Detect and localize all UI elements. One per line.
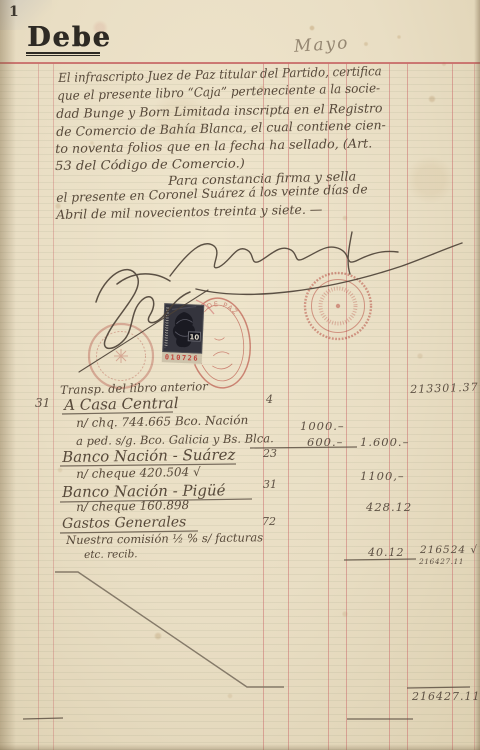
entry-amount-col1: 600.– <box>307 435 343 449</box>
month-annotation: Mayo <box>293 33 350 57</box>
entry-amount-col2: 428.12 <box>366 500 412 514</box>
margin-line-2 <box>53 63 54 750</box>
page-edge-right <box>474 0 480 750</box>
header-rule <box>0 62 480 64</box>
day-number: 31 <box>35 396 50 410</box>
column-line-amt2-b <box>407 63 408 750</box>
revenue-stamp: 10 010726 <box>162 303 205 364</box>
column-line-amt1-b <box>346 63 347 750</box>
revenue-stamp-denomination: 10 <box>188 331 201 342</box>
entry-description: Nuestra comisión ½ % s/ facturas <box>66 530 263 547</box>
condor-icon <box>162 303 204 354</box>
column-line-folio-a <box>263 63 264 750</box>
total-col3-detail: 216427.11 <box>419 557 464 566</box>
entry-description: Gastos Generales <box>62 514 186 532</box>
entry-amount-col1: 1000.– <box>300 419 345 433</box>
entry-folio: 4 <box>266 393 273 406</box>
entry-amount-col2: 1100,– <box>360 469 405 483</box>
column-line-amt2-a <box>389 63 390 750</box>
entry-amount-col2: 1.600.– <box>360 435 409 449</box>
revenue-stamp-serial: 010726 <box>165 354 200 362</box>
page-title-debe: Debe <box>27 22 112 53</box>
entry-description: n/ cheque 420.504 √ <box>76 465 201 481</box>
total-col2: 40.12 <box>368 546 405 559</box>
binding-shadow <box>0 0 16 750</box>
certification-line: 53 del Código de Comercio.) <box>55 155 245 173</box>
entry-description: n/ cheque 160.898 <box>76 498 189 514</box>
opening-amount: 213301.37 <box>410 381 479 396</box>
debe-underline-1 <box>26 52 100 54</box>
column-line-amt1-a <box>328 63 329 750</box>
entry-folio: 23 <box>263 447 277 460</box>
entry-description: n/ chq. 744.665 Bco. Nación <box>76 413 248 430</box>
entry-description: etc. recib. <box>84 548 138 561</box>
revenue-stamp-serial-strip: 010726 <box>162 352 202 364</box>
revenue-stamp-body: 10 <box>162 303 204 354</box>
carry-forward-amount: 216427.11 <box>412 690 480 703</box>
column-line-folio-b <box>288 63 289 750</box>
ledger-page: 1 Debe Mayo El infrascripto Juez de Paz … <box>0 0 480 750</box>
entry-description: Banco Nación - Suárez <box>62 446 235 466</box>
total-col3: 216524 √ <box>420 544 478 556</box>
entry-folio: 31 <box>263 478 277 491</box>
page-edge-bottom <box>0 744 480 750</box>
entry-description: A Casa Central <box>64 394 179 414</box>
debe-underline-2 <box>26 55 100 56</box>
entry-folio: 72 <box>262 515 276 528</box>
column-line-amt3-a <box>452 63 453 750</box>
